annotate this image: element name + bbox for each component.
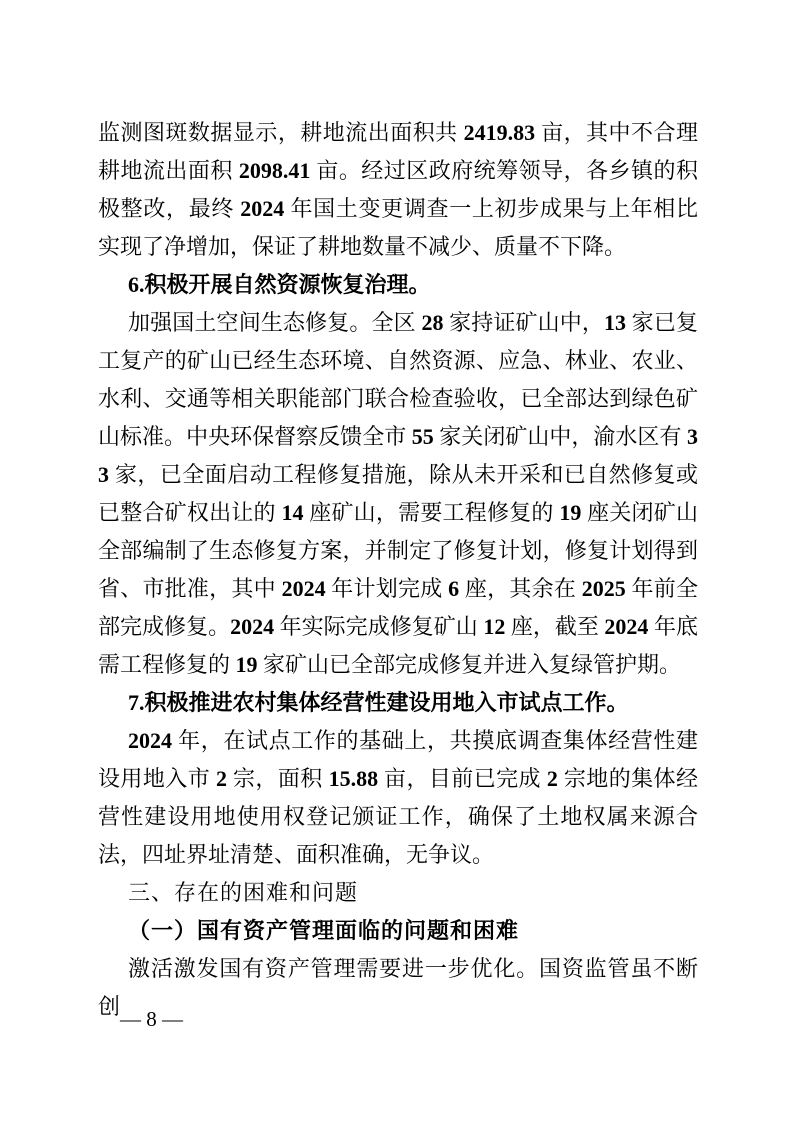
para-state-assets-optimization: 激活激发国有资产管理需要进一步优化。国资监管虽不断创: [98, 950, 698, 1026]
heading-3-1-state-assets: （一）国有资产管理面临的问题和困难: [98, 912, 698, 950]
page-number: — 8 —: [120, 1007, 183, 1032]
para-mine-restoration: 加强国土空间生态修复。全区 28 家持证矿山中，13 家已复工复产的矿山已经生态…: [98, 304, 698, 684]
heading-section-3-difficulties: 三、存在的困难和问题: [98, 874, 698, 912]
para-collective-land-registration: 2024 年，在试点工作的基础上，共摸底调查集体经营性建设用地入市 2 宗，面积…: [98, 722, 698, 874]
para-cultivated-land-monitoring: 监测图斑数据显示，耕地流出面积共 2419.83 亩，其中不合理耕地流出面积 2…: [98, 114, 698, 266]
page-body: 监测图斑数据显示，耕地流出面积共 2419.83 亩，其中不合理耕地流出面积 2…: [98, 114, 698, 1026]
heading-6-ecological-restoration: 6.积极开展自然资源恢复治理。: [98, 266, 698, 304]
heading-7-collective-land-pilot: 7.积极推进农村集体经营性建设用地入市试点工作。: [98, 684, 698, 722]
document-page: 监测图斑数据显示，耕地流出面积共 2419.83 亩，其中不合理耕地流出面积 2…: [0, 0, 793, 1122]
